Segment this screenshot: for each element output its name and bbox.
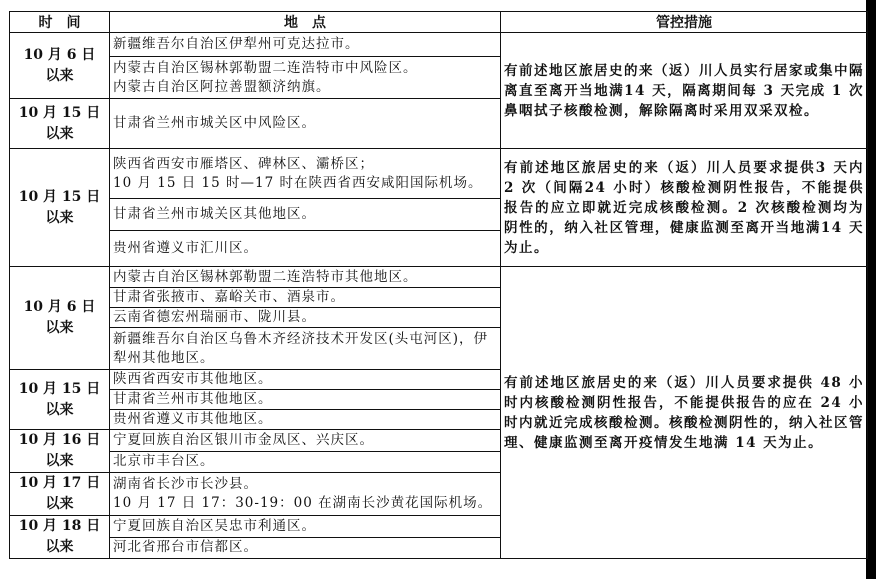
place-cell: 新疆维吾尔自治区乌鲁木齐经济技术开发区(头屯河区)，伊犁州其他地区。 bbox=[110, 328, 501, 370]
date-cell: 10 月 6 日 以来 bbox=[10, 33, 110, 99]
place-cell: 甘肃省兰州市城关区其他地区。 bbox=[110, 199, 501, 231]
place-cell: 贵州省遵义市其他地区。 bbox=[110, 410, 501, 430]
table-header-row: 时 间 地 点 管控措施 bbox=[10, 12, 868, 33]
place-cell: 内蒙古自治区锡林郭勒盟二连浩特市其他地区。 bbox=[110, 267, 501, 288]
place-cell: 甘肃省兰州市其他地区。 bbox=[110, 390, 501, 410]
place-cell: 北京市丰台区。 bbox=[110, 451, 501, 473]
measure-cell: 有前述地区旅居史的来（返）川人员要求提供3 天内 2 次（间隔24 小时）核酸检… bbox=[501, 149, 868, 267]
place-cell: 贵州省遵义市汇川区。 bbox=[110, 231, 501, 267]
table-row: 10 月 15 日 以来 陕西省西安市雁塔区、碑林区、灞桥区； 10 月 15 … bbox=[10, 149, 868, 199]
date-cell: 10 月 16 日 以来 bbox=[10, 430, 110, 473]
place-cell: 宁夏回族自治区吴忠市利通区。 bbox=[110, 516, 501, 538]
place-cell: 甘肃省张掖市、嘉峪关市、酒泉市。 bbox=[110, 288, 501, 308]
table-row: 10 月 6 日 以来 新疆维吾尔自治区伊犁州可克达拉市。 有前述地区旅居史的来… bbox=[10, 33, 868, 57]
date-cell: 10 月 15 日 以来 bbox=[10, 99, 110, 149]
place-cell: 新疆维吾尔自治区伊犁州可克达拉市。 bbox=[110, 33, 501, 57]
date-cell: 10 月 15 日 以来 bbox=[10, 149, 110, 267]
table-row: 10 月 6 日 以来 内蒙古自治区锡林郭勒盟二连浩特市其他地区。 有前述地区旅… bbox=[10, 267, 868, 288]
measure-cell: 有前述地区旅居史的来（返）川人员要求提供 48 小时内核酸检测阴性报告，不能提供… bbox=[501, 267, 868, 559]
place-cell: 陕西省西安市其他地区。 bbox=[110, 370, 501, 390]
place-cell: 河北省邢台市信都区。 bbox=[110, 537, 501, 559]
place-cell: 湖南省长沙市长沙县。 10 月 17 日 17：30-19：00 在湖南长沙黄花… bbox=[110, 473, 501, 516]
place-cell: 陕西省西安市雁塔区、碑林区、灞桥区； 10 月 15 日 15 时—17 时在陕… bbox=[110, 149, 501, 199]
place-cell: 甘肃省兰州市城关区中风险区。 bbox=[110, 99, 501, 149]
header-place: 地 点 bbox=[110, 12, 501, 33]
place-cell: 云南省德宏州瑞丽市、陇川县。 bbox=[110, 308, 501, 328]
date-cell: 10 月 17 日 以来 bbox=[10, 473, 110, 516]
control-measures-table: 时 间 地 点 管控措施 10 月 6 日 以来 新疆维吾尔自治区伊犁州可克达拉… bbox=[9, 11, 868, 559]
date-cell: 10 月 6 日 以来 bbox=[10, 267, 110, 370]
date-cell: 10 月 18 日 以来 bbox=[10, 516, 110, 559]
place-cell: 宁夏回族自治区银川市金凤区、兴庆区。 bbox=[110, 430, 501, 452]
measure-cell: 有前述地区旅居史的来（返）川人员实行居家或集中隔离直至离开当地满14 天，隔离期… bbox=[501, 33, 868, 149]
header-time: 时 间 bbox=[10, 12, 110, 33]
place-cell: 内蒙古自治区锡林郭勒盟二连浩特市中风险区。 内蒙古自治区阿拉善盟额济纳旗。 bbox=[110, 57, 501, 99]
date-cell: 10 月 15 日 以来 bbox=[10, 370, 110, 430]
header-measure: 管控措施 bbox=[501, 12, 868, 33]
